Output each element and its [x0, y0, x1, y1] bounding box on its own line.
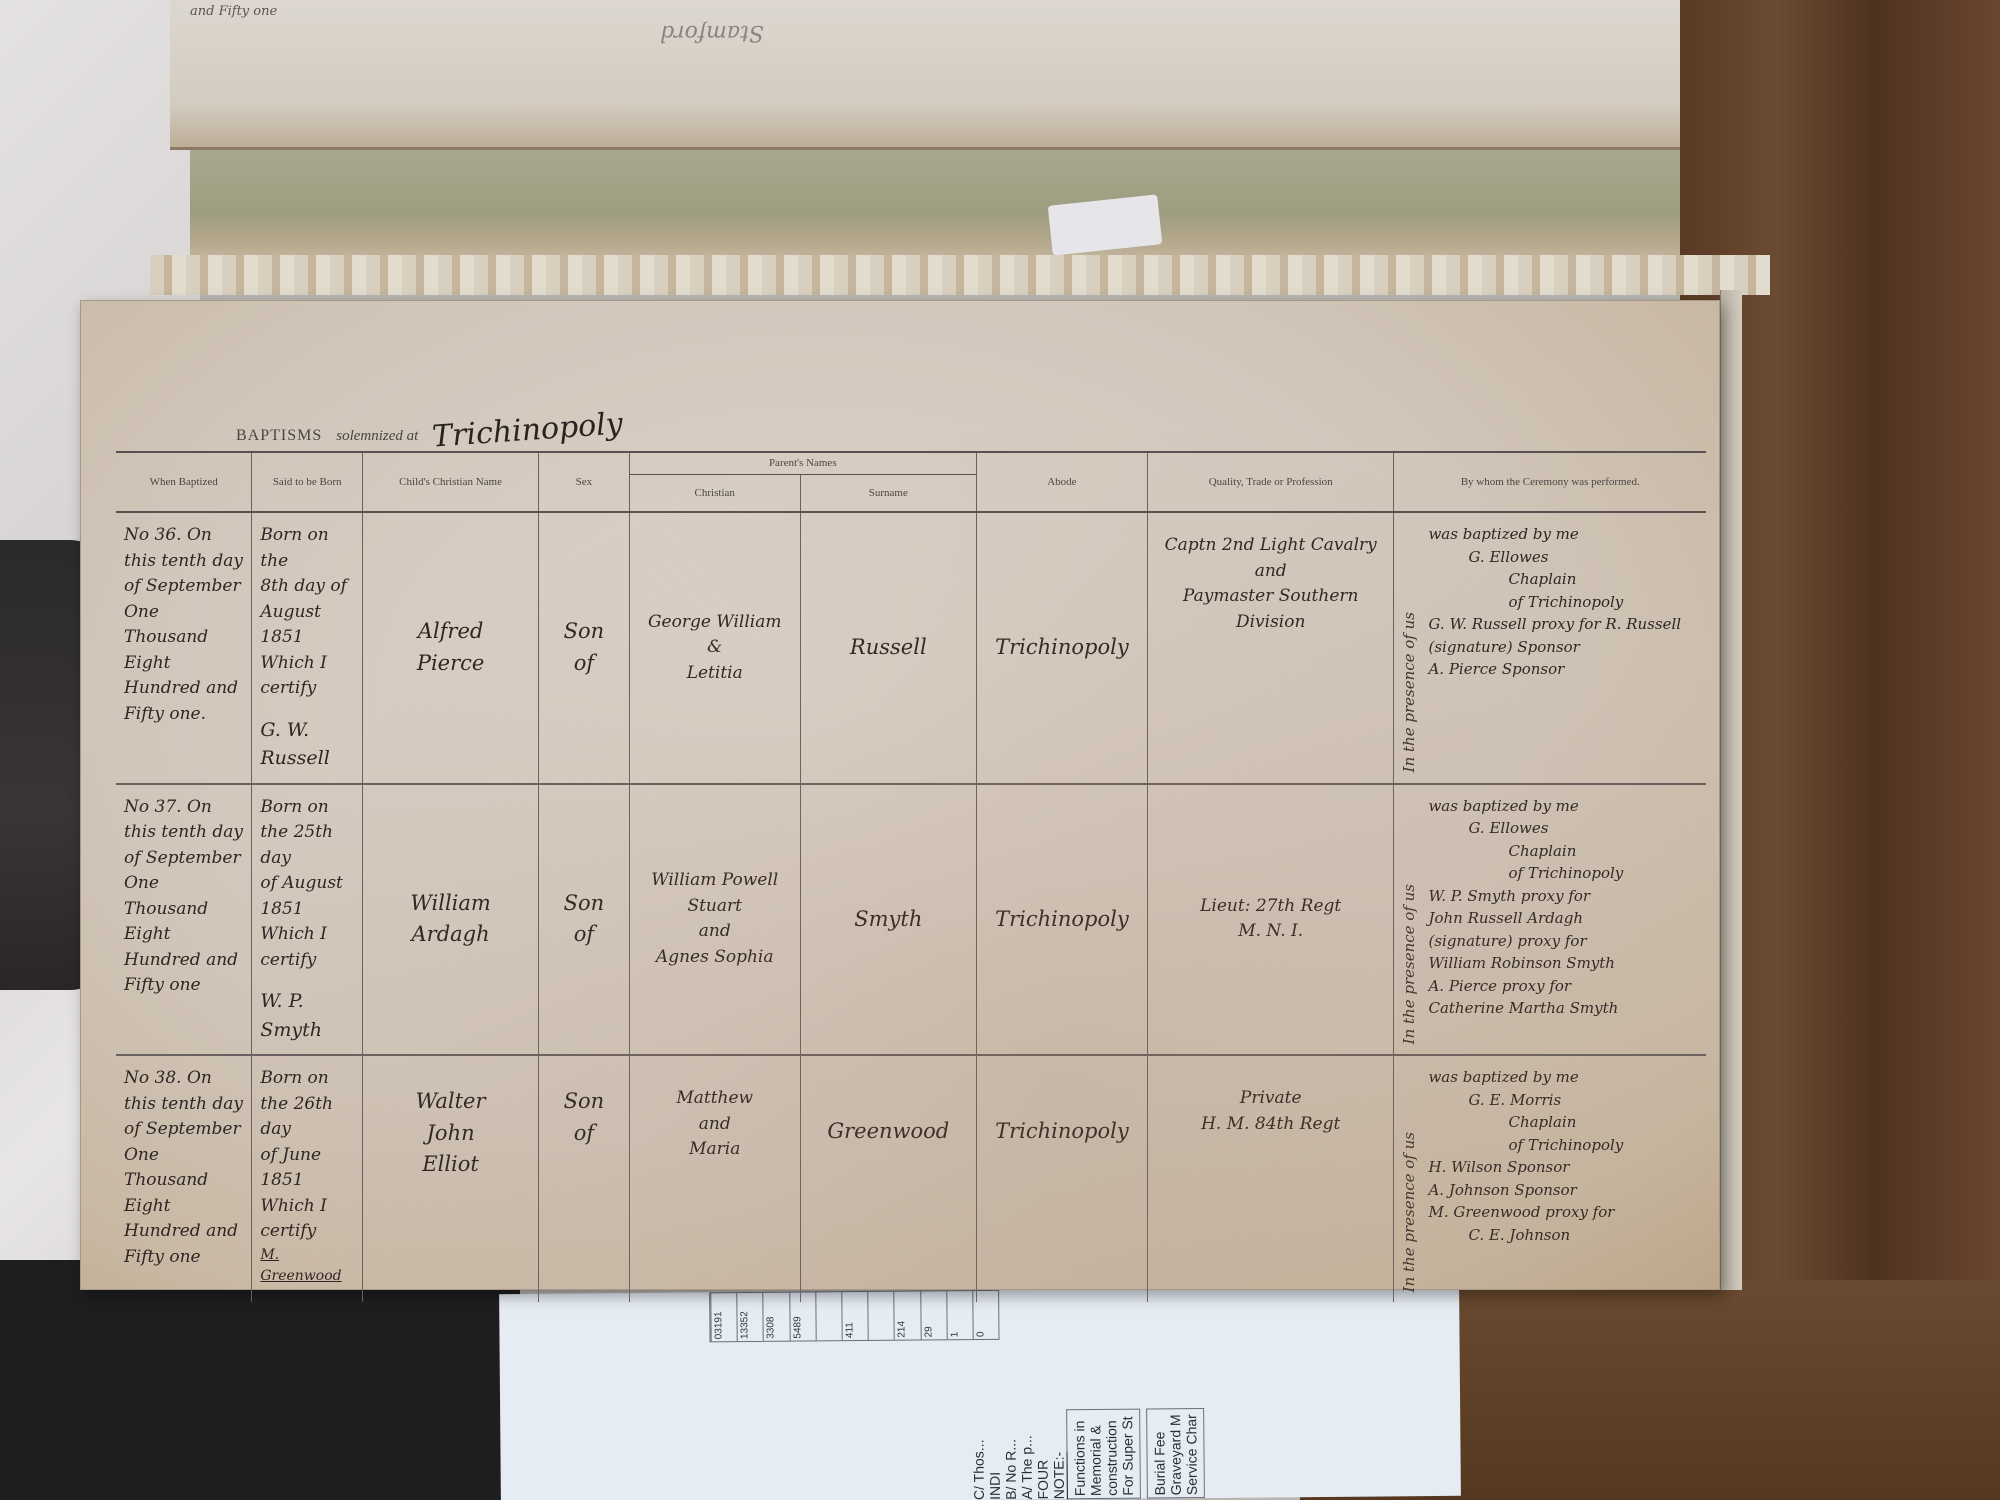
certifier-signature: G. W. Russell [260, 716, 354, 773]
heading-place: Trichinopoly [431, 406, 624, 454]
col-childs-name: Child's Christian Name [363, 452, 539, 512]
said-to-be-born: Born on the 25th day of August 1851 Whic… [252, 784, 363, 1056]
born-line: August [260, 602, 321, 622]
heading-subtitle: solemnized at [336, 428, 418, 445]
minister-line: W. P. Smyth proxy for [1428, 885, 1698, 908]
fee-printout: 03191 13352 3308 5489 411 214 29 1 0 C/ … [499, 1286, 1461, 1500]
child-name-line: John [427, 1121, 475, 1145]
fee-box-service: Burial Fee Graveyard M Service Char [1146, 1408, 1205, 1499]
register-entry-36: No 36. On this tenth day of September On… [116, 512, 1706, 784]
minister-line: A. Pierce Sponsor [1428, 658, 1698, 681]
minister-line: was baptized by me [1428, 523, 1698, 546]
minister-line: (signature) proxy for [1428, 930, 1698, 953]
parent-line: and [699, 921, 731, 941]
minister-line: Chaplain [1428, 840, 1698, 863]
quality-line: Private [1240, 1088, 1302, 1108]
presence-note: In the presence of us [1398, 884, 1421, 1044]
parent-line: Letitia [687, 663, 743, 683]
abode: Trichinopoly [976, 512, 1147, 784]
fee-box-line: construction [1103, 1412, 1120, 1496]
col-sex: Sex [539, 452, 630, 512]
sex: Son of [539, 1055, 630, 1302]
register-entry-38: No 38. On this tenth day of September On… [116, 1055, 1706, 1302]
said-to-be-born: Born on the 26th day of June 1851 Which … [252, 1055, 363, 1302]
child-name-line: Elliot [422, 1152, 479, 1176]
born-line: Born on [260, 1068, 328, 1088]
sex: Son of [539, 512, 630, 784]
minister-line: A. Pierce proxy for [1428, 975, 1698, 998]
sex-line: Son [564, 891, 605, 915]
sex-line: Son [564, 1089, 605, 1113]
born-line: of August [260, 873, 343, 893]
born-line: the 25th day [260, 822, 333, 868]
born-line: Born on the [260, 525, 328, 571]
minister-line: Chaplain [1428, 1111, 1698, 1134]
minister-line: M. Greenwood proxy for [1428, 1201, 1698, 1224]
born-line: Which I certify [260, 653, 326, 699]
child-name: Walter John Elliot [363, 1055, 539, 1302]
register-entry-37: No 37. On this tenth day of September On… [116, 784, 1706, 1056]
parents-surname: Russell [800, 512, 976, 784]
register-page: BAPTISMS solemnized at Trichinopoly When… [80, 300, 1720, 1290]
child-name-line: Walter [416, 1089, 486, 1113]
note-b: B/ No R... [1002, 1410, 1019, 1500]
upper-faint-text: and Fifty one [190, 4, 277, 19]
minister-line: H. Wilson Sponsor [1428, 1156, 1698, 1179]
presence-note: In the presence of us [1398, 612, 1421, 772]
parent-line: Agnes Sophia [656, 947, 774, 967]
quality-line: and [1255, 561, 1287, 581]
page-heading: BAPTISMS solemnized at Trichinopoly [236, 413, 623, 448]
note-label: NOTE:- [1050, 1409, 1067, 1499]
sex: Son of [539, 784, 630, 1056]
quality: Captn 2nd Light Cavalry and Paymaster So… [1147, 512, 1394, 784]
abode: Trichinopoly [976, 1055, 1147, 1302]
child-name-line: Alfred [418, 619, 484, 643]
minister-line: of Trichinopoly [1428, 1134, 1698, 1157]
page-edges [150, 255, 1770, 295]
fee-box-line: Graveyard M [1167, 1411, 1184, 1495]
minister-line: of Trichinopoly [1428, 862, 1698, 885]
note-a: A/ The p... FOUR [1018, 1409, 1051, 1499]
heading-title: BAPTISMS [236, 427, 322, 445]
parent-line: & [707, 637, 722, 657]
child-name-line: Ardagh [412, 922, 490, 946]
col-when-baptized: When Baptized [116, 452, 252, 512]
born-line: 1851 [260, 899, 303, 919]
parents-surname: Greenwood [800, 1055, 976, 1302]
minister-line: G. Ellowes [1428, 817, 1698, 840]
col-quality: Quality, Trade or Profession [1147, 452, 1394, 512]
certifier-signature: M. Greenwood [260, 1245, 354, 1287]
col-parents-surname: Surname [800, 474, 976, 512]
minister-line: was baptized by me [1428, 795, 1698, 818]
parent-line: and [699, 1114, 731, 1134]
minister-line: C. E. Johnson [1428, 1224, 1698, 1247]
sex-line: of [574, 1121, 594, 1145]
born-line: Born on [260, 797, 328, 817]
born-line: Which I certify [260, 1196, 326, 1242]
sex-line: of [574, 651, 594, 675]
child-name-line: Pierce [417, 651, 485, 675]
parent-line: Stuart [687, 896, 742, 916]
abode: Trichinopoly [976, 784, 1147, 1056]
born-line: the 26th day [260, 1094, 333, 1140]
minister-line: G. W. Russell proxy for R. Russell [1428, 613, 1698, 636]
presence-note: In the presence of us [1398, 1132, 1421, 1292]
said-to-be-born: Born on the 8th day of August 1851 Which… [252, 512, 363, 784]
born-line: of June [260, 1145, 321, 1165]
baptism-register-table: When Baptized Said to be Born Child's Ch… [116, 451, 1706, 1302]
parents-christian: Matthew and Maria [629, 1055, 800, 1302]
minister-line: of Trichinopoly [1428, 591, 1698, 614]
parent-line: Maria [689, 1139, 740, 1159]
quality-line: Lieut: 27th Regt [1200, 896, 1341, 916]
sex-line: Son [564, 619, 605, 643]
when-baptized: No 36. On this tenth day of September On… [116, 512, 252, 784]
when-baptized: No 38. On this tenth day of September On… [116, 1055, 252, 1302]
fee-box-line: Service Char [1183, 1411, 1200, 1495]
quality: Lieut: 27th Regt M. N. I. [1147, 784, 1394, 1056]
quality: Private H. M. 84th Regt [1147, 1055, 1394, 1302]
book-spine [190, 150, 1680, 270]
minister-line: Catherine Martha Smyth [1428, 997, 1698, 1020]
quality-line: Division [1236, 612, 1305, 632]
minister-line: John Russell Ardagh [1428, 907, 1698, 930]
born-line: 1851 [260, 627, 303, 647]
fee-box-line: Memorial & [1087, 1412, 1104, 1496]
minister-line: A. Johnson Sponsor [1428, 1179, 1698, 1202]
ceremony-by: In the presence of us was baptized by me… [1394, 784, 1706, 1056]
printout-notes: C/ Thos... INDI B/ No R... A/ The p... F… [970, 1405, 1571, 1500]
quality-line: M. N. I. [1238, 921, 1303, 941]
minister-line: William Robinson Smyth [1428, 952, 1698, 975]
minister-line: G. E. Morris [1428, 1089, 1698, 1112]
page-edge-right [1720, 290, 1742, 1290]
child-name: Alfred Pierce [363, 512, 539, 784]
col-parents-names: Parent's Names [629, 452, 976, 474]
born-line: Which I certify [260, 924, 326, 970]
ceremony-by: In the presence of us was baptized by me… [1394, 1055, 1706, 1302]
col-said-to-be-born: Said to be Born [252, 452, 363, 512]
sex-line: of [574, 922, 594, 946]
parents-christian: William Powell Stuart and Agnes Sophia [629, 784, 800, 1056]
fee-box-super: Functions in Memorial & construction For… [1066, 1409, 1141, 1500]
born-line: 1851 [260, 1170, 303, 1190]
when-baptized: No 37. On this tenth day of September On… [116, 784, 252, 1056]
quality-line: Paymaster Southern [1183, 586, 1359, 606]
minister-line: (signature) Sponsor [1428, 636, 1698, 659]
minister-line: Chaplain [1428, 568, 1698, 591]
parents-surname: Smyth [800, 784, 976, 1056]
minister-line: G. Ellowes [1428, 546, 1698, 569]
col-parents-christian: Christian [629, 474, 800, 512]
note-c: C/ Thos... INDI [970, 1410, 1003, 1500]
mirror-script: Stamford [660, 20, 764, 45]
certifier-signature: W. P. Smyth [260, 987, 354, 1044]
upper-book-page: Stamford and Fifty one [170, 0, 1680, 150]
fee-box-line: For Super St [1119, 1412, 1136, 1496]
parent-line: William Powell [651, 870, 778, 890]
parents-christian: George William & Letitia [629, 512, 800, 784]
born-line: 8th day of [260, 576, 347, 596]
minister-line: was baptized by me [1428, 1066, 1698, 1089]
child-name-line: William [410, 891, 491, 915]
col-ceremony-by: By whom the Ceremony was performed. [1394, 452, 1706, 512]
fee-box-line: Burial Fee [1151, 1411, 1168, 1495]
child-name: William Ardagh [363, 784, 539, 1056]
parent-line: George William [648, 612, 782, 632]
col-abode: Abode [976, 452, 1147, 512]
ceremony-by: In the presence of us was baptized by me… [1394, 512, 1706, 784]
parent-line: Matthew [676, 1088, 753, 1108]
quality-line: H. M. 84th Regt [1201, 1114, 1340, 1134]
fee-box-line: Functions in [1071, 1412, 1088, 1496]
quality-line: Captn 2nd Light Cavalry [1165, 535, 1377, 555]
